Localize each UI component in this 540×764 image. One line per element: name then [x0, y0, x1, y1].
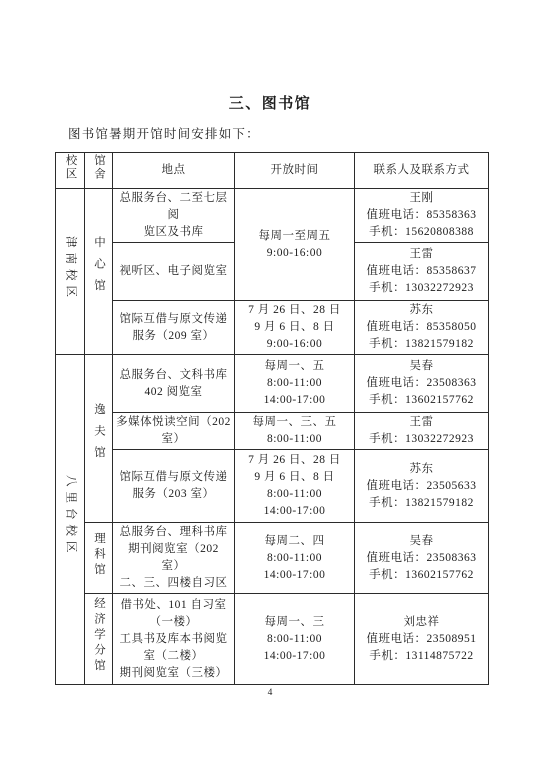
hours-cell: 7 月 26 日、28 日 9 月 6 日、8 日 8:00-11:00 14:… — [235, 450, 355, 523]
table-header-row: 校区 馆舍 地点 开放时间 联系人及联系方式 — [56, 153, 489, 189]
location-cell: 借书处、101 自习室 （一楼） 工具书及库本书阅览 室（二楼） 期刊阅览室（三… — [113, 594, 235, 685]
campus-cell: 津南校区 — [56, 189, 85, 355]
contact-cell: 苏东 值班电话：23505633 手机：13821579182 — [355, 450, 489, 523]
campus-label: 八里台校区 — [62, 475, 79, 558]
contact-cell: 王雷 手机：13032272923 — [355, 413, 489, 450]
campus-cell: 八里台校区 — [56, 355, 85, 685]
hours-cell: 7 月 26 日、28 日 9 月 6 日、8 日 9:00-16:00 — [235, 301, 355, 355]
building-label: 中心馆 — [90, 236, 107, 301]
building-label: 经济学分馆 — [90, 597, 107, 675]
header-location: 地点 — [113, 153, 235, 189]
table-row: 馆际互借与原文传递 服务（203 室） 7 月 26 日、28 日 9 月 6 … — [56, 450, 489, 523]
table-row: 八里台校区 逸夫馆 总服务台、文科书库 402 阅览室 每周一、五 8:00-1… — [56, 355, 489, 413]
header-campus: 校区 — [56, 153, 85, 189]
hours-cell: 每周一、五 8:00-11:00 14:00-17:00 — [235, 355, 355, 413]
contact-cell: 苏东 值班电话：85358050 手机：13821579182 — [355, 301, 489, 355]
header-building-label: 馆舍 — [90, 154, 107, 181]
building-cell: 理科馆 — [85, 523, 113, 594]
hours-cell: 每周一至周五 9:00-16:00 — [235, 189, 355, 301]
section-title: 三、图书馆 — [0, 92, 540, 113]
building-label: 理科馆 — [90, 532, 107, 579]
location-cell: 总服务台、理科书库 期刊阅览室（202 室） 二、三、四楼自习区 — [113, 523, 235, 594]
location-cell: 馆际互借与原文传递 服务（203 室） — [113, 450, 235, 523]
library-hours-table: 校区 馆舍 地点 开放时间 联系人及联系方式 津南校区 中心馆 总服务台、二至七… — [55, 152, 489, 685]
table-row: 津南校区 中心馆 总服务台、二至七层阅 览区及书库 每周一至周五 9:00-16… — [56, 189, 489, 243]
document-page: 三、图书馆 图书馆暑期开馆时间安排如下： 校区 馆舍 地点 开放时间 联系人及联… — [0, 0, 540, 764]
hours-cell: 每周二、四 8:00-11:00 14:00-17:00 — [235, 523, 355, 594]
location-cell: 总服务台、文科书库 402 阅览室 — [113, 355, 235, 413]
location-cell: 多媒体悦读空间（202 室） — [113, 413, 235, 450]
building-cell: 中心馆 — [85, 189, 113, 355]
hours-cell: 每周一、三 8:00-11:00 14:00-17:00 — [235, 594, 355, 685]
building-label: 逸夫馆 — [90, 403, 107, 468]
contact-cell: 吴春 值班电话：23508363 手机：13602157762 — [355, 355, 489, 413]
contact-cell: 王刚 值班电话：85358363 手机：15620808388 — [355, 189, 489, 243]
building-cell: 逸夫馆 — [85, 355, 113, 523]
header-hours: 开放时间 — [235, 153, 355, 189]
table-row: 经济学分馆 借书处、101 自习室 （一楼） 工具书及库本书阅览 室（二楼） 期… — [56, 594, 489, 685]
location-cell: 馆际互借与原文传递 服务（209 室） — [113, 301, 235, 355]
header-contact: 联系人及联系方式 — [355, 153, 489, 189]
table-row: 多媒体悦读空间（202 室） 每周一、三、五 8:00-11:00 王雷 手机：… — [56, 413, 489, 450]
page-number: 4 — [0, 688, 540, 698]
location-cell: 视听区、电子阅览室 — [113, 243, 235, 301]
building-cell: 经济学分馆 — [85, 594, 113, 685]
campus-label: 津南校区 — [62, 236, 79, 302]
contact-cell: 王雷 值班电话：85358637 手机：13032272923 — [355, 243, 489, 301]
header-campus-label: 校区 — [62, 154, 79, 181]
location-cell: 总服务台、二至七层阅 览区及书库 — [113, 189, 235, 243]
header-building: 馆舍 — [85, 153, 113, 189]
intro-text: 图书馆暑期开馆时间安排如下： — [68, 124, 260, 142]
hours-cell: 每周一、三、五 8:00-11:00 — [235, 413, 355, 450]
table-row: 馆际互借与原文传递 服务（209 室） 7 月 26 日、28 日 9 月 6 … — [56, 301, 489, 355]
contact-cell: 刘忠祥 值班电话：23508951 手机：13114875722 — [355, 594, 489, 685]
table-row: 理科馆 总服务台、理科书库 期刊阅览室（202 室） 二、三、四楼自习区 每周二… — [56, 523, 489, 594]
contact-cell: 吴春 值班电话：23508363 手机：13602157762 — [355, 523, 489, 594]
